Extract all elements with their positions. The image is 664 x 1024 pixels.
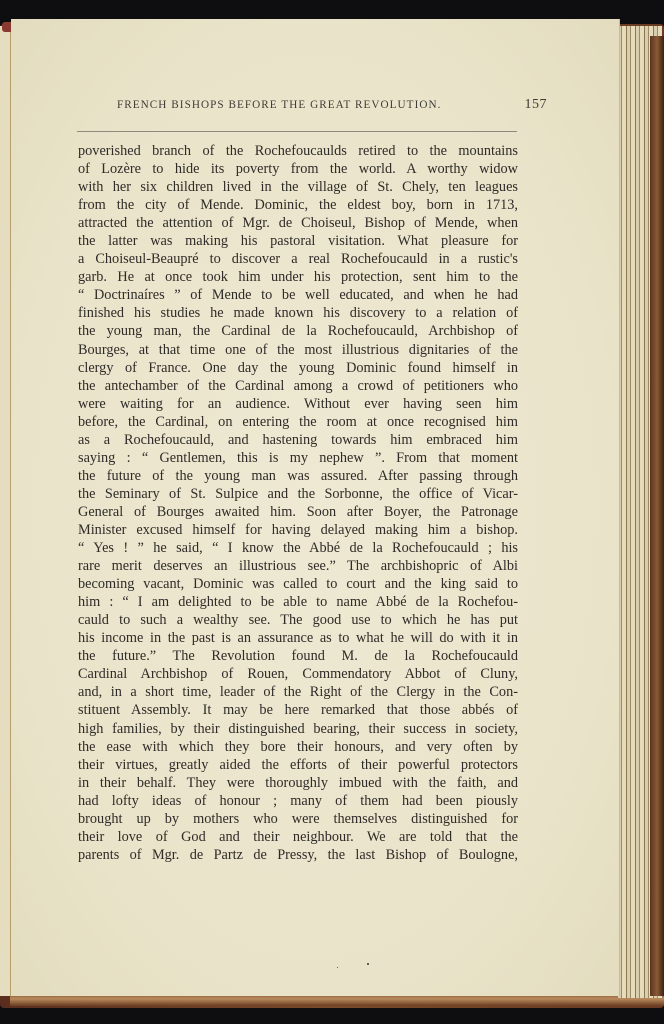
text-line: attracted the attention of Mgr. de Chois… xyxy=(78,214,518,232)
text-line: his income in the past is an assurance a… xyxy=(78,629,518,647)
text-line: Bourges, at that time one of the most il… xyxy=(78,341,518,359)
text-line: before, the Cardinal, on entering the ro… xyxy=(78,413,518,431)
text-line: rare merit deserves an illustrious see.”… xyxy=(78,557,518,575)
text-line: General of Bourges awaited him. Soon aft… xyxy=(78,503,518,521)
text-line: their love of God and their neighbour. W… xyxy=(78,828,518,846)
text-line: had lofty ideas of honour ; many of them… xyxy=(78,792,518,810)
text-line: a Choiseul-Beaupré to discover a real Ro… xyxy=(78,250,518,268)
text-line: in their behalf. They were thoroughly im… xyxy=(78,774,518,792)
text-line: clergy of France. One day the young Domi… xyxy=(78,359,518,377)
text-line: “ Yes ! ” he said, “ I know the Abbé de … xyxy=(78,539,518,557)
text-line: their virtues, greatly aided the efforts… xyxy=(78,756,518,774)
text-line: the young man, the Cardinal de la Rochef… xyxy=(78,322,518,340)
running-header-title: FRENCH BISHOPS BEFORE THE GREAT REVOLUTI… xyxy=(117,99,441,111)
text-line: brought up by mothers who were themselve… xyxy=(78,810,518,828)
text-line: the future of the young man was assured.… xyxy=(78,467,518,485)
text-line: were waiting for an audience. Without ev… xyxy=(78,395,518,413)
text-line: poverished branch of the Rochefoucaulds … xyxy=(78,142,518,160)
text-line: and, in a short time, leader of the Righ… xyxy=(78,683,518,701)
text-line: as a Rochefoucauld, and hastening toward… xyxy=(78,431,518,449)
text-line: him : “ I am delighted to be able to nam… xyxy=(78,593,518,611)
text-line: Minister excused himself for having dela… xyxy=(78,521,518,539)
text-line: from the city of Mende. Dominic, the eld… xyxy=(78,196,518,214)
text-line: high families, by their distinguished be… xyxy=(78,720,518,738)
body-text: poverished branch of the Rochefoucaulds … xyxy=(78,142,518,864)
text-line: stituent Assembly. It may be here remark… xyxy=(78,701,518,719)
paper-speck xyxy=(367,963,369,965)
text-line: Cardinal Archbishop of Rouen, Commendato… xyxy=(78,665,518,683)
text-line: the future.” The Revolution found M. de … xyxy=(78,647,518,665)
running-header: FRENCH BISHOPS BEFORE THE GREAT REVOLUTI… xyxy=(117,97,547,115)
text-line: saying : “ Gentlemen, this is my nephew … xyxy=(78,449,518,467)
text-line: cauld to such a wealthy see. The good us… xyxy=(78,611,518,629)
text-line: of Lozère to hide its poverty from the w… xyxy=(78,160,518,178)
text-line: becoming vacant, Dominic was called to c… xyxy=(78,575,518,593)
text-line: with her six children lived in the villa… xyxy=(78,178,518,196)
text-line: the ease with which they bore their hono… xyxy=(78,738,518,756)
text-line: garb. He at once took him under his prot… xyxy=(78,268,518,286)
text-line: the Seminary of St. Sulpice and the Sorb… xyxy=(78,485,518,503)
text-line: finished his studies he made known his d… xyxy=(78,304,518,322)
header-rule xyxy=(77,131,517,132)
paper-speck xyxy=(337,967,338,968)
text-line: “ Doctrinaíres ” of Mende to be well edu… xyxy=(78,286,518,304)
page-number: 157 xyxy=(525,97,548,113)
text-line: the antechamber of the Cardinal among a … xyxy=(78,377,518,395)
book-spine-edge xyxy=(650,36,664,996)
text-line: parents of Mgr. de Partz de Pressy, the … xyxy=(78,846,518,864)
text-line: the latter was making his pastoral visit… xyxy=(78,232,518,250)
